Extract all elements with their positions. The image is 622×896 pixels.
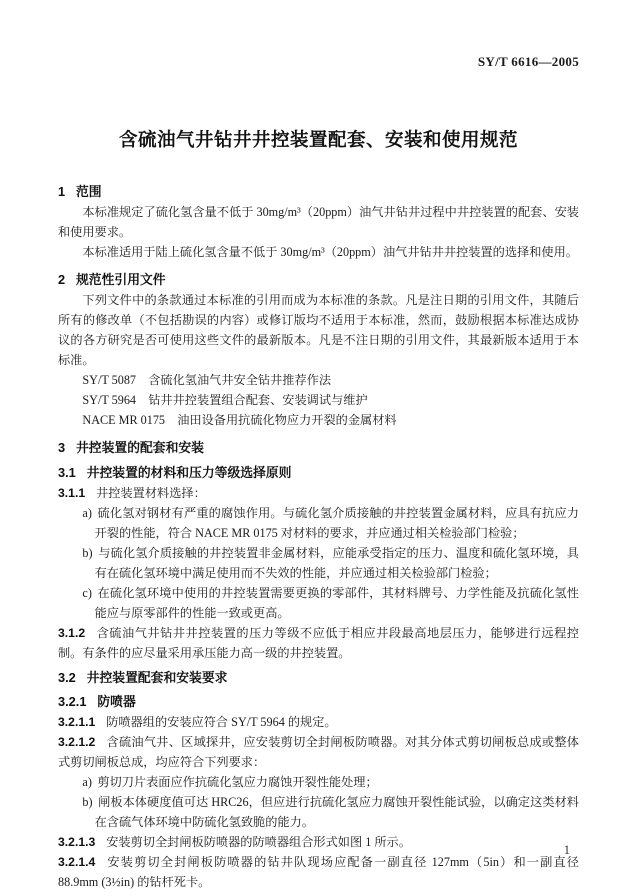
list-item-b: b)闸板本体硬度值可达 HRC26，但应进行抗硫化氢应力腐蚀开裂性能试验，以确定… — [58, 792, 579, 832]
clause-number: 3.1.2 — [58, 626, 85, 640]
clause-text: 安装剪切全封闸板防喷器的防喷器组合形式如图 1 所示。 — [106, 835, 411, 849]
section-number: 1 — [58, 184, 65, 199]
section-title: 规范性引用文件 — [76, 272, 166, 287]
clause-3-1-2: 3.1.2含硫油气井钻井井控装置的压力等级不应低于相应井段最高地层压力，能够进行… — [58, 623, 579, 663]
clause-3-1-1: 3.1.1井控装置材料选择： — [58, 483, 579, 503]
reference-item: NACE MR 0175 油田设备用抗硫化物应力开裂的金属材料 — [58, 410, 579, 430]
page-number: 1 — [564, 843, 570, 858]
section-title: 井控装置的材料和压力等级选择原则 — [87, 465, 292, 480]
clause-text: 含硫油气井、区域探井，应安装剪切全封闸板防喷器。对其分体式剪切闸板总成或整体式剪… — [58, 735, 579, 769]
document-body: 1范围 本标准规定了硫化氢含量不低于 30mg/m³（20ppm）油气井钻井过程… — [58, 182, 579, 892]
list-item-text: 剪切刀片表面应作抗硫化氢应力腐蚀开裂性能处理； — [97, 775, 377, 789]
clause-3-2-1-1: 3.2.1.1防喷器组的安装应符合 SY/T 5964 的规定。 — [58, 712, 579, 732]
section-1-heading: 1范围 — [58, 182, 579, 202]
reference-item: SY/T 5964 钻井井控装置组合配套、安装调试与维护 — [58, 390, 579, 410]
list-item-text: 与硫化氢介质接触的井控装置非金属材料，应能承受指定的压力、温度和硫化氢环境，具有… — [95, 546, 579, 580]
list-item-label: b) — [82, 795, 92, 809]
clause-3-2-1-2: 3.2.1.2含硫油气井、区域探井，应安装剪切全封闸板防喷器。对其分体式剪切闸板… — [58, 732, 579, 772]
list-item-text: 闸板本体硬度值可达 HRC26，但应进行抗硫化氢应力腐蚀开裂性能试验，以确定这类… — [95, 795, 579, 829]
list-item-label: b) — [82, 546, 92, 560]
section-number: 2 — [58, 272, 65, 287]
reference-item: SY/T 5087 含硫化氢油气井安全钻井推荐作法 — [58, 370, 579, 390]
document-title: 含硫油气井钻井井控装置配套、安装和使用规范 — [58, 126, 579, 152]
section-title: 防喷器 — [97, 694, 135, 709]
section-3-heading: 3井控装置的配套和安装 — [58, 438, 579, 458]
paragraph-scope-2: 本标准适用于陆上硫化氢含量不低于 30mg/m³（20ppm）油气井钻井井控装置… — [58, 242, 579, 262]
paragraph-scope-1: 本标准规定了硫化氢含量不低于 30mg/m³（20ppm）油气井钻井过程中井控装… — [58, 202, 579, 242]
clause-3-2-1-4: 3.2.1.4安装剪切全封闸板防喷器的钻井队现场应配备一副直径 127mm（5i… — [58, 852, 579, 892]
section-number: 3.1 — [58, 465, 76, 480]
section-2-heading: 2规范性引用文件 — [58, 270, 579, 290]
list-item-b: b)与硫化氢介质接触的井控装置非金属材料，应能承受指定的压力、温度和硫化氢环境，… — [58, 543, 579, 583]
section-3-2-heading: 3.2井控装置配套和安装要求 — [58, 668, 579, 688]
section-title: 井控装置的配套和安装 — [76, 440, 204, 455]
paragraph-references-intro: 下列文件中的条款通过本标准的引用而成为本标准的条款。凡是注日期的引用文件，其随后… — [58, 290, 579, 370]
list-item-text: 在硫化氢环境中使用的井控装置需要更换的零部件，其材料牌号、力学性能及抗硫化氢性能… — [95, 586, 579, 620]
list-item-a: a)剪切刀片表面应作抗硫化氢应力腐蚀开裂性能处理； — [58, 772, 579, 792]
clause-text: 防喷器组的安装应符合 SY/T 5964 的规定。 — [106, 715, 336, 729]
clause-number: 3.2.1.4 — [58, 855, 95, 869]
list-item-label: c) — [82, 586, 91, 600]
clause-number: 3.2.1.3 — [58, 835, 95, 849]
clause-text: 含硫油气井钻井井控装置的压力等级不应低于相应井段最高地层压力，能够进行远程控制。… — [58, 626, 579, 660]
section-title: 井控装置配套和安装要求 — [87, 670, 228, 685]
list-item-c: c)在硫化氢环境中使用的井控装置需要更换的零部件，其材料牌号、力学性能及抗硫化氢… — [58, 583, 579, 623]
section-number: 3 — [58, 440, 65, 455]
section-number: 3.2 — [58, 670, 76, 685]
list-item-a: a)硫化氢对钢材有严重的腐蚀作用。与硫化氢介质接触的井控装置金属材料，应具有抗应… — [58, 503, 579, 543]
section-title: 范围 — [76, 184, 102, 199]
clause-text: 安装剪切全封闸板防喷器的钻井队现场应配备一副直径 127mm（5in）和一副直径… — [58, 855, 579, 889]
list-item-label: a) — [82, 506, 91, 520]
standard-number: SY/T 6616—2005 — [58, 54, 579, 70]
clause-text: 井控装置材料选择： — [96, 486, 206, 500]
section-3-2-1-heading: 3.2.1防喷器 — [58, 692, 579, 712]
clause-number: 3.2.1.1 — [58, 715, 95, 729]
document-page: SY/T 6616—2005 含硫油气井钻井井控装置配套、安装和使用规范 1范围… — [0, 0, 622, 896]
section-3-1-heading: 3.1井控装置的材料和压力等级选择原则 — [58, 463, 579, 483]
list-item-label: a) — [82, 775, 91, 789]
list-item-text: 硫化氢对钢材有严重的腐蚀作用。与硫化氢介质接触的井控装置金属材料，应具有抗应力开… — [95, 506, 579, 540]
clause-3-2-1-3: 3.2.1.3安装剪切全封闸板防喷器的防喷器组合形式如图 1 所示。 — [58, 832, 579, 852]
section-number: 3.2.1 — [58, 694, 86, 709]
clause-number: 3.2.1.2 — [58, 735, 95, 749]
clause-number: 3.1.1 — [58, 486, 85, 500]
